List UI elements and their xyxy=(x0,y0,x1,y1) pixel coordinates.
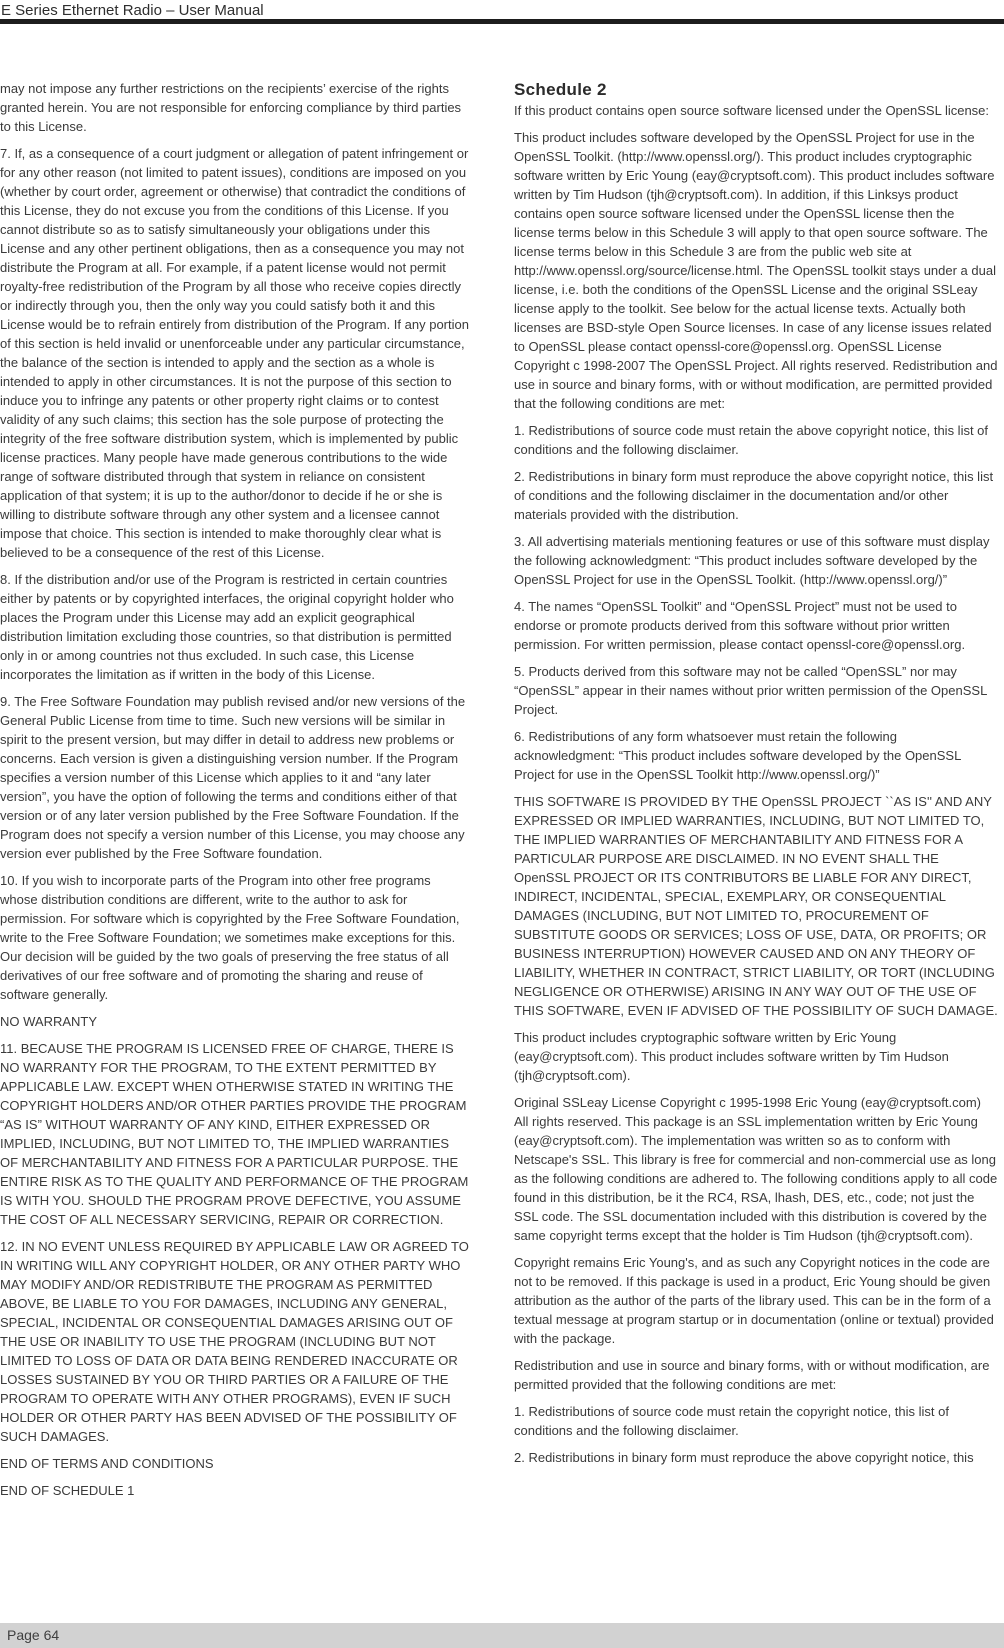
paragraph: 7. If, as a consequence of a court judgm… xyxy=(0,144,470,562)
paragraph: Original SSLeay License Copyright c 1995… xyxy=(514,1093,998,1245)
paragraph: END OF TERMS AND CONDITIONS xyxy=(0,1454,470,1473)
paragraph: 1. Redistributions of source code must r… xyxy=(514,421,998,459)
paragraph: 5. Products derived from this software m… xyxy=(514,662,998,719)
paragraph: 3. All advertising materials mentioning … xyxy=(514,532,998,589)
paragraph: THIS SOFTWARE IS PROVIDED BY THE OpenSSL… xyxy=(514,792,998,1020)
paragraph: 2. Redistributions in binary form must r… xyxy=(514,467,998,524)
paragraph: 8. If the distribution and/or use of the… xyxy=(0,570,470,684)
paragraph: This product includes cryptographic soft… xyxy=(514,1028,998,1085)
paragraph: 9. The Free Software Foundation may publ… xyxy=(0,692,470,863)
manual-page: E Series Ethernet Radio – User Manual ma… xyxy=(0,0,1004,1648)
header-rule xyxy=(0,19,1004,24)
paragraph: Copyright remains Eric Young's, and as s… xyxy=(514,1253,998,1348)
paragraph: 12. IN NO EVENT UNLESS REQUIRED BY APPLI… xyxy=(0,1237,470,1446)
right-column: Schedule 2If this product contains open … xyxy=(514,79,998,1467)
paragraph: If this product contains open source sof… xyxy=(514,101,998,120)
section-heading: Schedule 2 xyxy=(514,79,998,100)
document-body: may not impose any further restrictions … xyxy=(0,79,1004,1575)
paragraph: 10. If you wish to incorporate parts of … xyxy=(0,871,470,1004)
left-column: may not impose any further restrictions … xyxy=(0,79,470,1500)
paragraph: 2. Redistributions in binary form must r… xyxy=(514,1448,998,1467)
page-title: E Series Ethernet Radio – User Manual xyxy=(1,2,264,20)
paragraph: 1. Redistributions of source code must r… xyxy=(514,1402,998,1440)
paragraph: 4. The names “OpenSSL Toolkit” and “Open… xyxy=(514,597,998,654)
paragraph: may not impose any further restrictions … xyxy=(0,79,470,136)
paragraph: END OF SCHEDULE 1 xyxy=(0,1481,470,1500)
paragraph: 11. BECAUSE THE PROGRAM IS LICENSED FREE… xyxy=(0,1039,470,1229)
paragraph: This product includes software developed… xyxy=(514,128,998,413)
paragraph: NO WARRANTY xyxy=(0,1012,470,1031)
paragraph: 6. Redistributions of any form whatsoeve… xyxy=(514,727,998,784)
footer-bar: Page 64 xyxy=(0,1623,1004,1648)
page-number: Page 64 xyxy=(7,1623,59,1648)
paragraph: Redistribution and use in source and bin… xyxy=(514,1356,998,1394)
